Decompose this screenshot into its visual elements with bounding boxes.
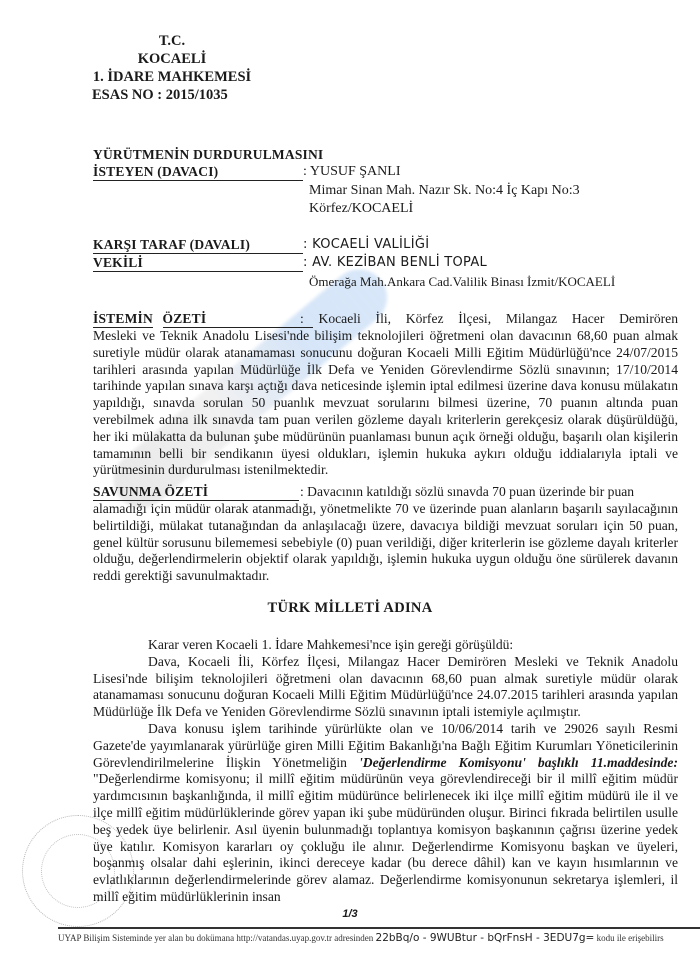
claim-summary-first-line: : Kocaeli İli, Körfez İlçesi, Milangaz H…: [300, 311, 678, 327]
claim-summary-body: Mesleki ve Teknik Anadolu Lisesi'nde bil…: [93, 328, 678, 479]
judgment-heading: TÜRK MİLLETİ ADINA: [0, 600, 700, 617]
claim-summary-label: İSTEMİN ÖZETİ: [93, 311, 313, 328]
defense-summary-first-line: : Davacının katıldığı sözlü sınavda 70 p…: [300, 484, 678, 500]
claim-summary-label-2: ÖZETİ: [163, 311, 313, 328]
document-access-code: 22bBq/o - 9WUBtur - bQrFnsH - 3EDU7g=: [376, 932, 595, 944]
uyap-footer: UYAP Bilişim Sisteminde yer alan bu dokü…: [58, 932, 664, 944]
defendant-name: : KOCAELİ VALİLİĞİ: [303, 237, 429, 252]
court-header: T.C. KOCAELİ 1. İDARE MAHKEMESİ ESAS NO …: [92, 32, 252, 104]
plaintiff-label-wrap: İSTEYEN (DAVACI): [93, 164, 303, 181]
footer-divider: [58, 927, 700, 929]
claim-summary-text: Mesleki ve Teknik Anadolu Lisesi'nde bil…: [93, 328, 678, 479]
plaintiff-address-line-2: Körfez/KOCAELİ: [309, 201, 413, 217]
defense-summary-label-wrap: SAVUNMA ÖZETİ: [93, 484, 299, 501]
header-court: 1. İDARE MAHKEMESİ: [92, 68, 252, 86]
footer-suffix: kodu ile erişebilirs: [597, 933, 664, 943]
attorney-name: : AV. KEZİBAN BENLİ TOPAL: [303, 255, 487, 270]
attorney-label: VEKİLİ: [93, 255, 303, 272]
defense-summary-label: SAVUNMA ÖZETİ: [93, 484, 299, 501]
defense-summary-body: alamadığı için müdür olarak atanmadığı, …: [93, 501, 678, 585]
attorney-label-wrap: VEKİLİ: [93, 255, 303, 272]
plaintiff-name: : YUSUF ŞANLI: [303, 164, 401, 180]
defendant-label-wrap: KARŞI TARAF (DAVALI): [93, 237, 303, 254]
defense-summary-text: alamadığı için müdür olarak atanmadığı, …: [93, 501, 678, 585]
page-number: 1/3: [0, 908, 700, 920]
case-number: ESAS NO : 2015/1035: [92, 86, 252, 104]
header-city: KOCAELİ: [92, 50, 252, 68]
attorney-address: Ömerağa Mah.Ankara Cad.Valilik Binası İz…: [309, 274, 615, 290]
defendant-label: KARŞI TARAF (DAVALI): [93, 237, 303, 254]
request-title: YÜRÜTMENİN DURDURULMASINI: [93, 147, 323, 163]
decision-body: Karar veren Kocaeli 1. İdare Mahkemesi'n…: [93, 637, 678, 906]
regulation-article-reference: 'Değerlendirme Komisyonu' başlıklı 11.ma…: [359, 755, 678, 770]
header-tc: T.C.: [92, 32, 252, 50]
court-document-page: T.C. KOCAELİ 1. İDARE MAHKEMESİ ESAS NO …: [0, 0, 700, 970]
decision-paragraph-2: Dava, Kocaeli İli, Körfez İlçesi, Milang…: [93, 654, 678, 721]
plaintiff-label: İSTEYEN (DAVACI): [93, 164, 303, 181]
decision-paragraph-3-quote: "Değerlendirme komisyonu; il millî eğiti…: [93, 771, 678, 904]
footer-prefix: UYAP Bilişim Sisteminde yer alan bu dokü…: [58, 933, 373, 943]
claim-summary-label-1: İSTEMİN: [93, 311, 153, 328]
decision-paragraph-3: Dava konusu işlem tarihinde yürürlükte o…: [93, 721, 678, 906]
decision-paragraph-1: Karar veren Kocaeli 1. İdare Mahkemesi'n…: [93, 637, 678, 654]
plaintiff-address-line-1: Mimar Sinan Mah. Nazır Sk. No:4 İç Kapı …: [309, 183, 580, 199]
